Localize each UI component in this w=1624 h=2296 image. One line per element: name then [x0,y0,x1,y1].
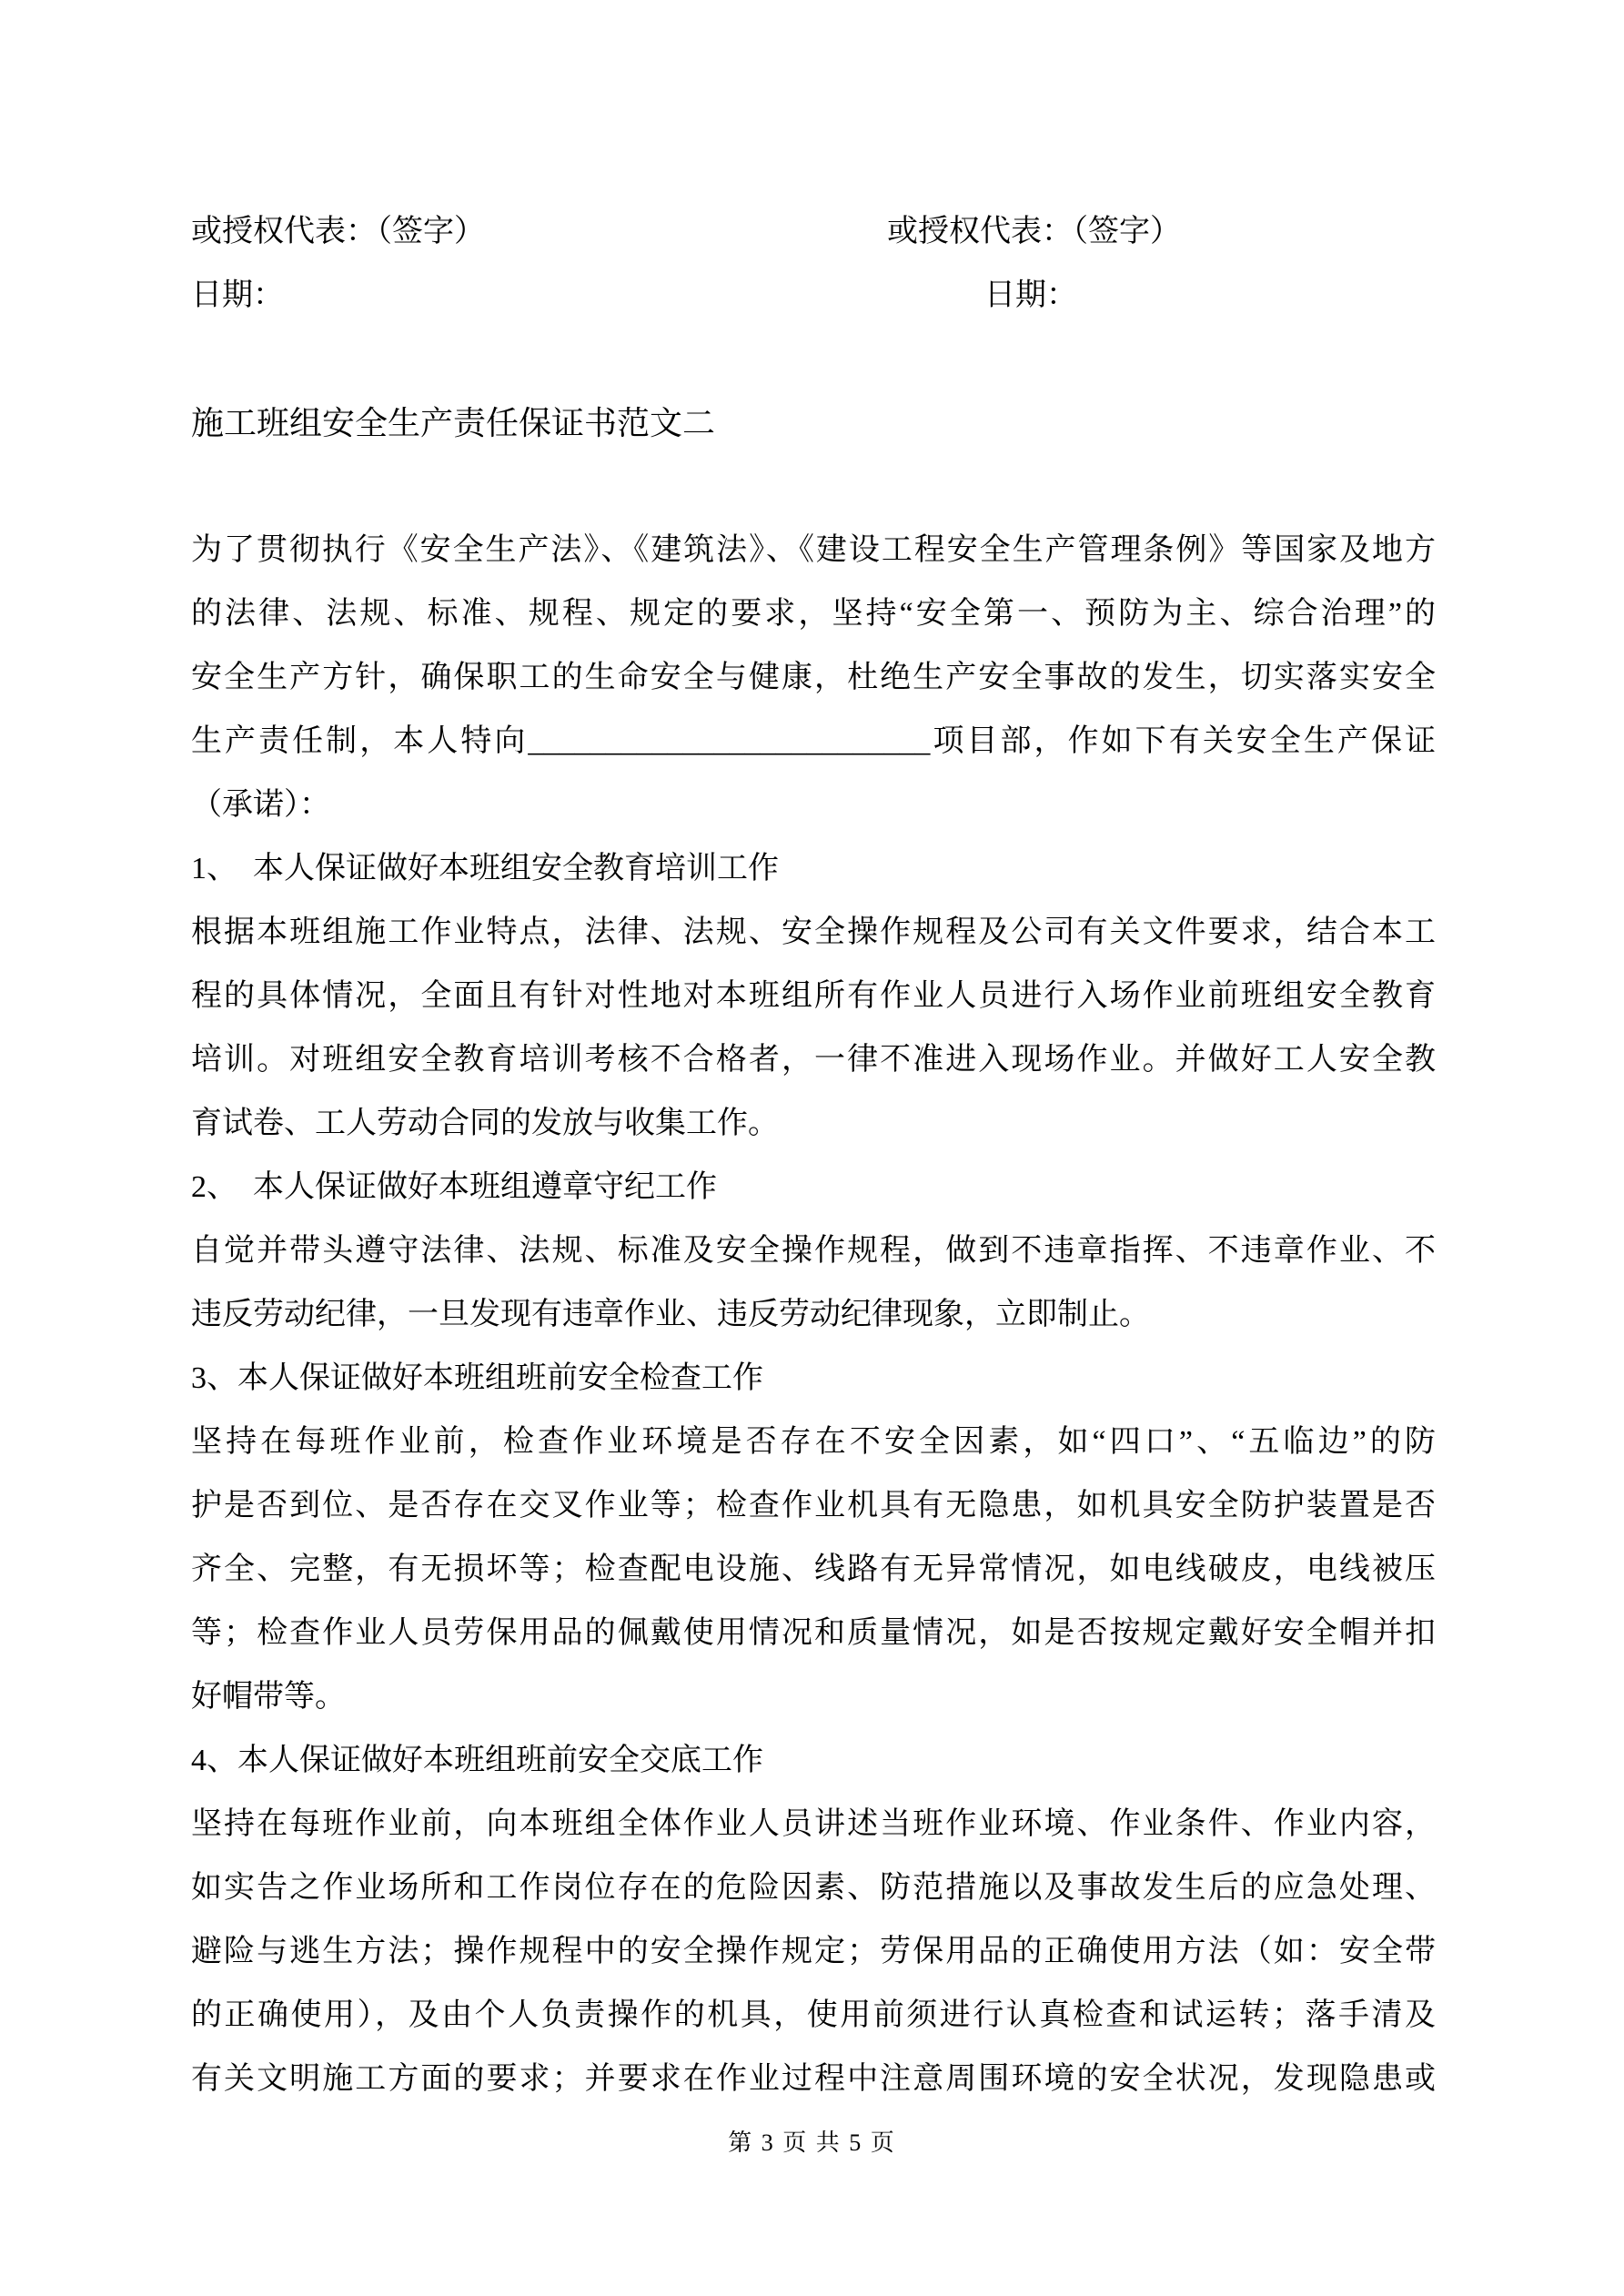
page-title: 施工班组安全生产责任保证书范文二 [191,391,1436,455]
body-line: 安全生产方针，确保职工的生命安全与健康，杜绝生产安全事故的发生，切实落实安全 [191,646,1436,710]
body-line: 有关文明施工方面的要求；并要求在作业过程中注意周围环境的安全状况，发现隐患或 [191,2048,1436,2111]
document-content: 或授权代表：（签字） 或授权代表：（签字） 日期： 日期： 施工班组安全生产责任… [0,0,1624,2111]
blank-line [191,455,1436,519]
body-line: 自觉并带头遵守法律、法规、标准及安全操作规程，做到不违章指挥、不违章作业、不 [191,1219,1436,1283]
body-line: 的正确使用），及由个人负责操作的机具，使用前须进行认真检查和试运转；落手清及 [191,1984,1436,2048]
body-heading-item-1: 1、 本人保证做好本班组安全教育培训工作 [191,837,1436,901]
body-line: 为了贯彻执行《安全生产法》、《建筑法》、《建设工程安全生产管理条例》等国家及地方 [191,519,1436,582]
signature-row: 或授权代表：（签字） 或授权代表：（签字） [191,200,1436,264]
body-heading-item-3: 3、本人保证做好本班组班前安全检查工作 [191,1347,1436,1411]
body-heading-item-2: 2、 本人保证做好本班组遵章守纪工作 [191,1156,1436,1219]
blank-line [191,328,1436,391]
body-heading-item-4: 4、本人保证做好本班组班前安全交底工作 [191,1729,1436,1793]
body-line: 避险与逃生方法；操作规程中的安全操作规定；劳保用品的正确使用方法（如：安全带 [191,1920,1436,1984]
body-line: 违反劳动纪律，一旦发现有违章作业、违反劳动纪律现象，立即制止。 [191,1283,1436,1347]
signature-label-right: 或授权代表：（签字） [887,200,1181,264]
body-line: 等；检查作业人员劳保用品的佩戴使用情况和质量情况，如是否按规定戴好安全帽并扣 [191,1602,1436,1665]
date-row: 日期： 日期： [191,264,1436,328]
date-label-left: 日期： [191,278,284,312]
body-line: 坚持在每班作业前，向本班组全体作业人员讲述当班作业环境、作业条件、作业内容， [191,1793,1436,1856]
body-line: 根据本班组施工作业特点，法律、法规、安全操作规程及公司有关文件要求，结合本工 [191,901,1436,965]
body-line: 坚持在每班作业前，检查作业环境是否存在不安全因素，如“四口”、“五临边”的防 [191,1411,1436,1474]
body-line: 的法律、法规、标准、规程、规定的要求，坚持“安全第一、预防为主、综合治理”的 [191,582,1436,646]
date-label-right: 日期： [984,264,1077,328]
body-line: （承诺）： [191,774,1436,837]
body-line: 齐全、完整，有无损坏等；检查配电设施、线路有无异常情况，如电线破皮，电线被压 [191,1538,1436,1602]
body-line-with-blank-field: 生产责任制，本人特向__________________________项目部，… [191,710,1436,774]
body-line: 育试卷、工人劳动合同的发放与收集工作。 [191,1092,1436,1156]
document-page: 或授权代表：（签字） 或授权代表：（签字） 日期： 日期： 施工班组安全生产责任… [0,0,1624,2296]
body-line: 培训。对班组安全教育培训考核不合格者，一律不准进入现场作业。并做好工人安全教 [191,1028,1436,1092]
body-line: 好帽带等。 [191,1665,1436,1729]
body-line: 程的具体情况，全面且有针对性地对本班组所有作业人员进行入场作业前班组安全教育 [191,965,1436,1028]
page-footer: 第 3 页 共 5 页 [0,2111,1624,2175]
signature-label-left: 或授权代表：（签字） [191,215,485,248]
body-line: 如实告之作业场所和工作岗位存在的危险因素、防范措施以及事故发生后的应急处理、 [191,1856,1436,1920]
body-line: 护是否到位、是否存在交叉作业等；检查作业机具有无隐患，如机具安全防护装置是否 [191,1474,1436,1538]
